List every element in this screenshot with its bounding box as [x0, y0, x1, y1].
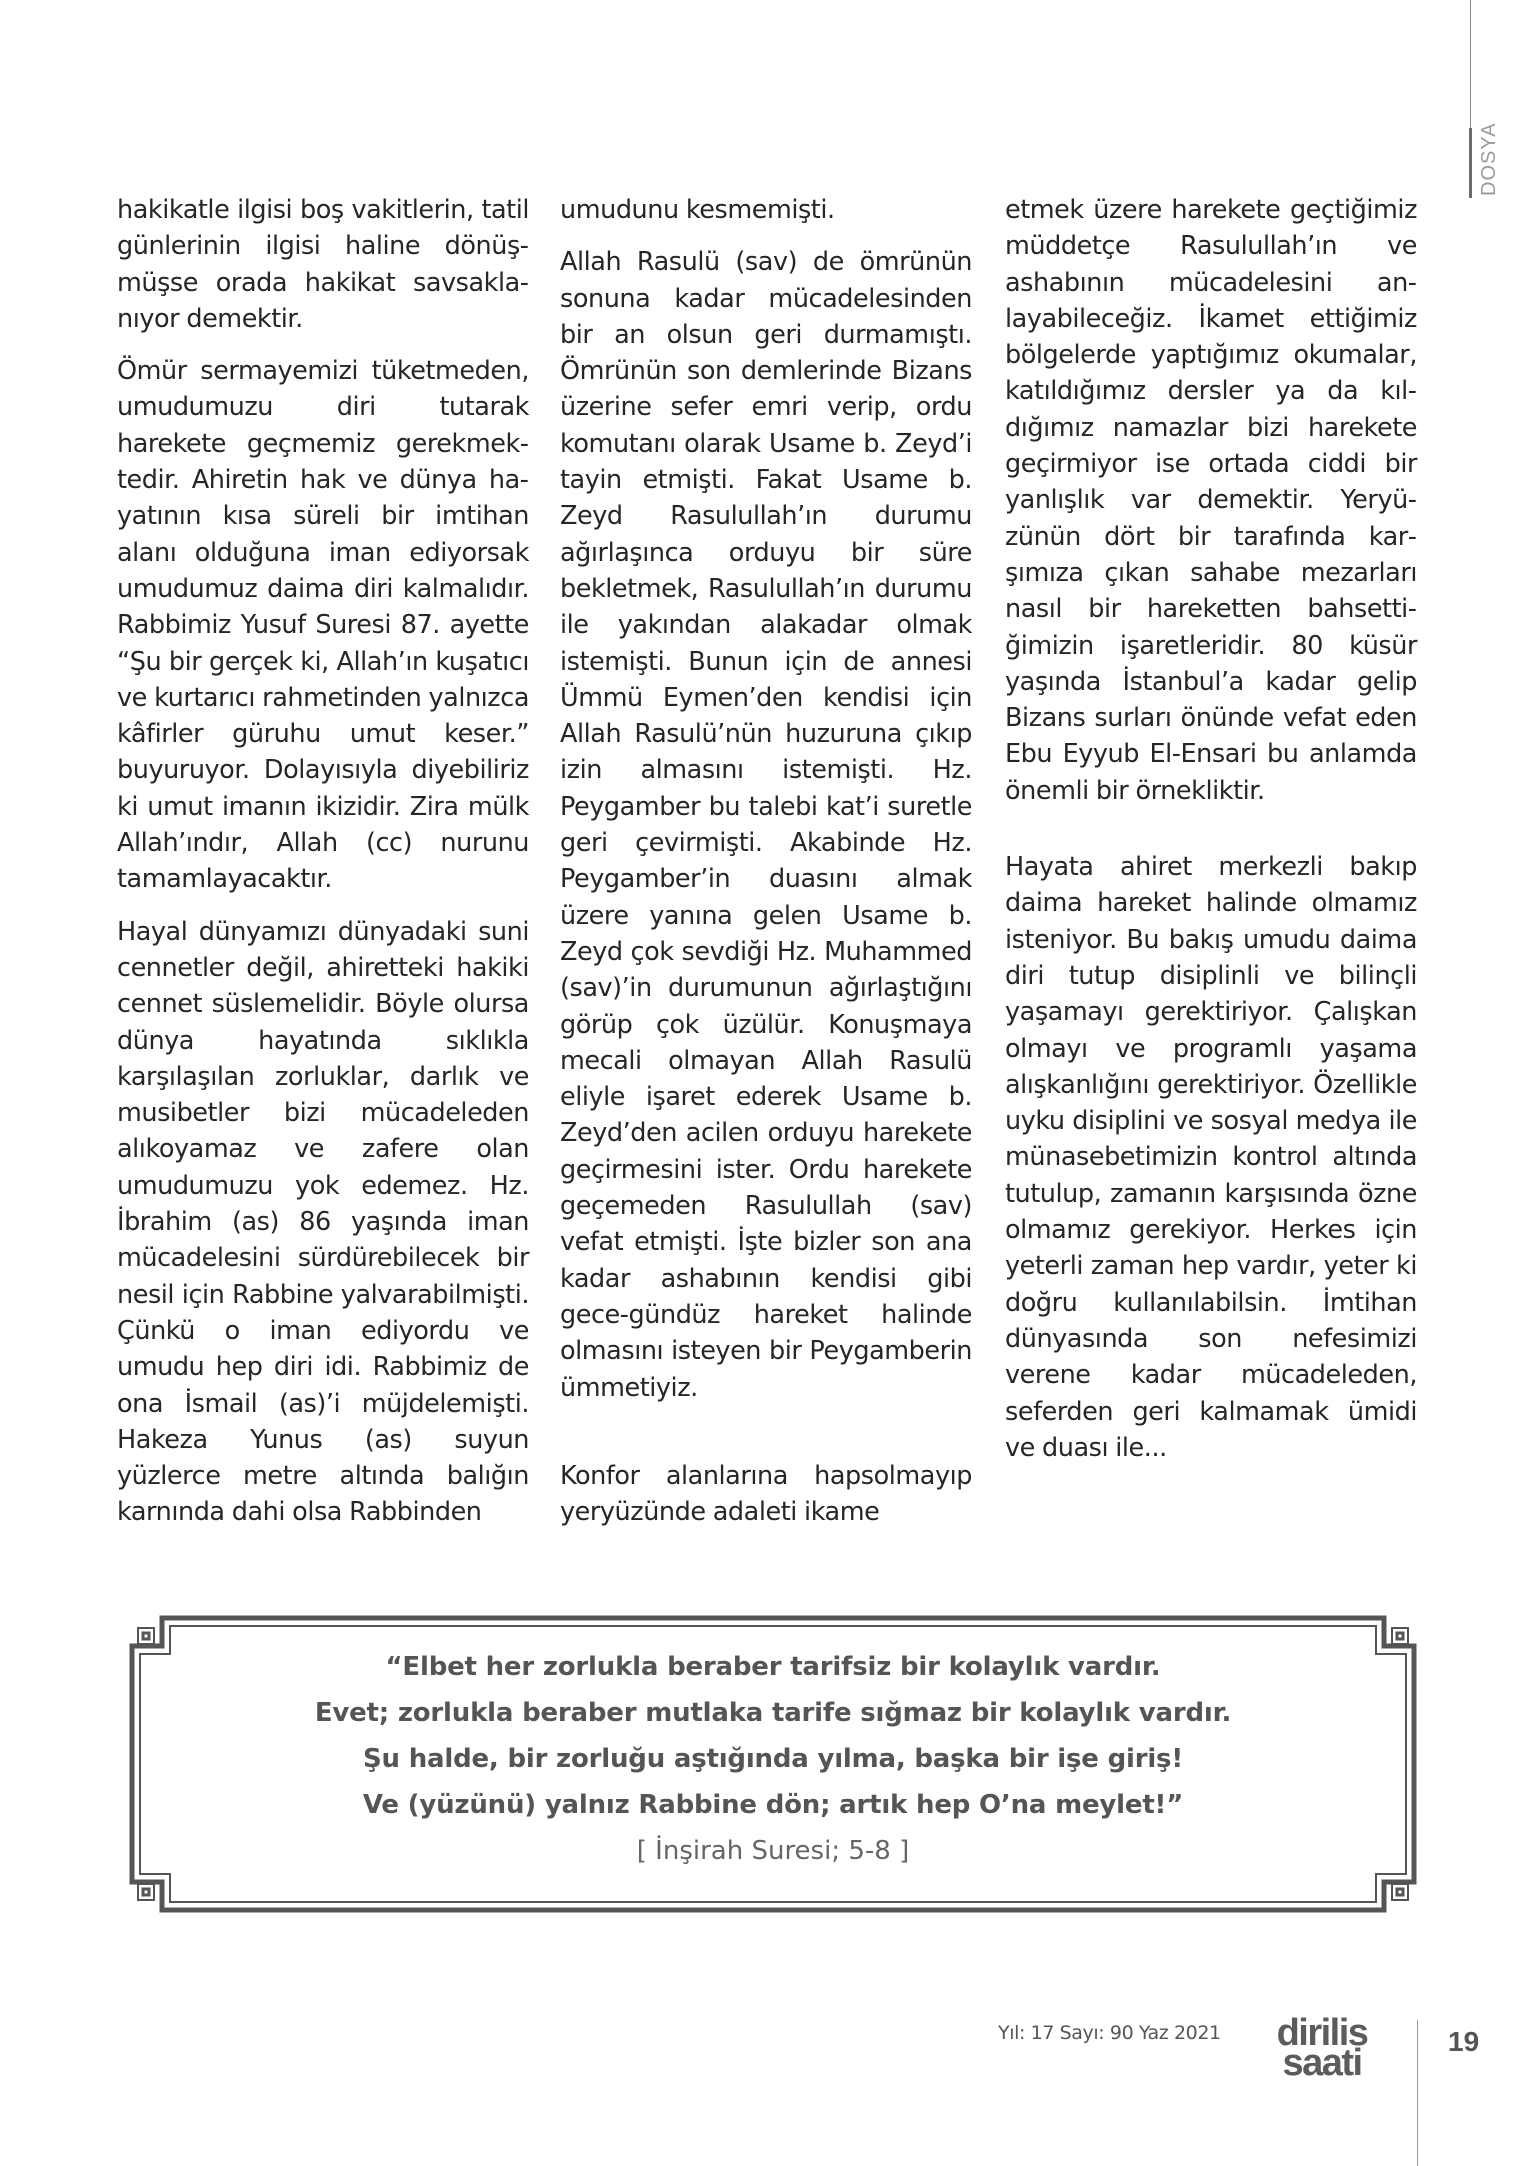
issue-info: Yıl: 17 Sayı: 90 Yaz 2021: [998, 2022, 1221, 2044]
paragraph: umudunu kesmemişti.: [560, 192, 972, 228]
magazine-logo: dirilis saati: [1262, 2018, 1382, 2078]
quote-line: Şu halde, bir zorluğu aştığında yılma, b…: [118, 1736, 1428, 1782]
paragraph: hakikatle ilgisi boş vakitlerin, ta­til …: [117, 192, 529, 337]
paragraph: Hayal dünyamızı dünyadaki suni cennetler…: [117, 914, 529, 1531]
page-number: 19: [1448, 2026, 1479, 2058]
footer-divider: [1417, 2020, 1418, 2166]
section-rule-accent: [1469, 128, 1472, 198]
section-label: DOSYA: [1478, 122, 1501, 196]
paragraph: etmek üzere harekete geçti­ğimiz müddetç…: [1005, 192, 1417, 809]
quote-text: “Elbet her zorlukla beraber tarifsiz bir…: [118, 1644, 1428, 1874]
paragraph: Hayata ahiret merkezli bakıp daima harek…: [1005, 849, 1417, 1466]
quote-source: [ İnşirah Suresi; 5-8 ]: [118, 1828, 1428, 1874]
article-column-2: umudunu kesmemişti. Allah Rasulü (sav) d…: [560, 192, 972, 1546]
quote-line: Ve (yüzünü) yalnız Rabbine dön; artık he…: [118, 1782, 1428, 1828]
article-column-1: hakikatle ilgisi boş vakitlerin, ta­til …: [117, 192, 529, 1547]
paragraph: Konfor alanlarına hapsolma­yıp yeryüzünd…: [560, 1458, 972, 1531]
paragraph: Ömür sermayemizi tüketme­den, umudumuzu …: [117, 353, 529, 897]
paragraph: Allah Rasulü (sav) de ömrünün sonuna kad…: [560, 244, 972, 1406]
quote-line: Evet; zorlukla beraber mutlaka tarife sı…: [118, 1690, 1428, 1736]
quote-line: “Elbet her zorlukla beraber tarifsiz bir…: [118, 1644, 1428, 1690]
quote-box: “Elbet her zorlukla beraber tarifsiz bir…: [118, 1614, 1428, 1914]
article-column-3: etmek üzere harekete geçti­ğimiz müddetç…: [1005, 192, 1417, 1482]
